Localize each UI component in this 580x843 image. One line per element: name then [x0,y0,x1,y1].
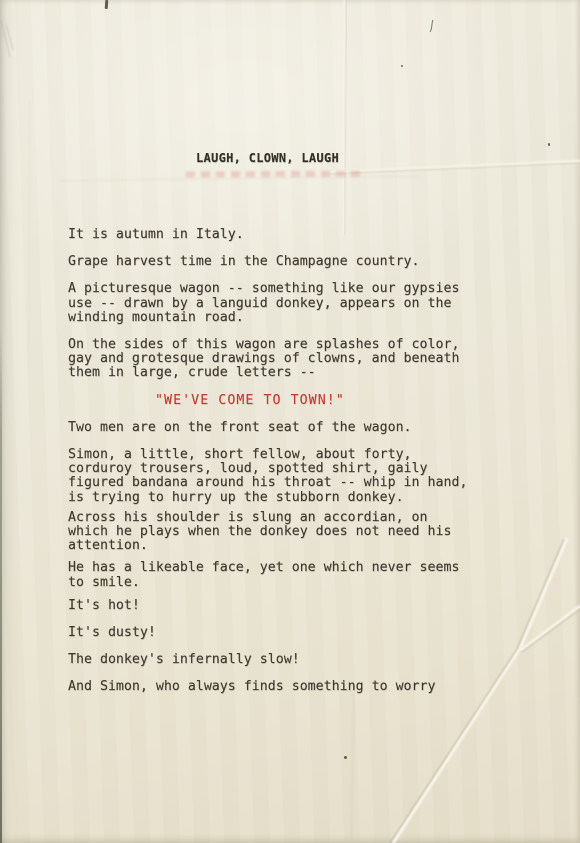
paper-speck [344,756,347,759]
red-title-card-line: "WE'VE COME TO TOWN!" [155,394,540,408]
paragraph-simon-description: Simon, a little, short fellow, about for… [68,448,540,505]
paragraph-likeable-face: He has a likeable face, yet one which ne… [68,561,540,589]
paragraph-autumn: It is autumn in Italy. [68,228,540,242]
red-ink-ghost-under-title [186,171,364,178]
script-body: It is autumn in Italy. Grape harvest tim… [68,228,540,708]
document-title: LAUGH, CLOWN, LAUGH [196,151,339,165]
paragraph-donkey-slow: The donkey's infernally slow! [68,653,540,667]
paragraph-two-men: Two men are on the front seat of the wag… [68,421,540,435]
paper-speck [548,143,550,146]
scanned-page-background: { "document": { "title": "LAUGH, CLOWN, … [0,0,580,843]
ink-mark-top-edge [105,0,109,9]
paragraph-wagon-sides: On the sides of this wagon are splashes … [68,338,540,381]
paragraph-its-dusty: It's dusty! [68,626,540,640]
paragraph-and-simon: And Simon, who always finds something to… [68,680,540,694]
paragraph-accordian: Across his shoulder is slung an accordia… [68,511,540,554]
paragraph-grape-harvest: Grape harvest time in the Champagne coun… [68,255,540,269]
paragraph-its-hot: It's hot! [68,599,540,613]
paper-speck [401,65,403,67]
paper-left-edge-shadow [0,0,20,843]
paper-left-edge-line [0,330,2,843]
paragraph-picturesque-wagon: A picturesque wagon -- something like ou… [68,282,540,325]
